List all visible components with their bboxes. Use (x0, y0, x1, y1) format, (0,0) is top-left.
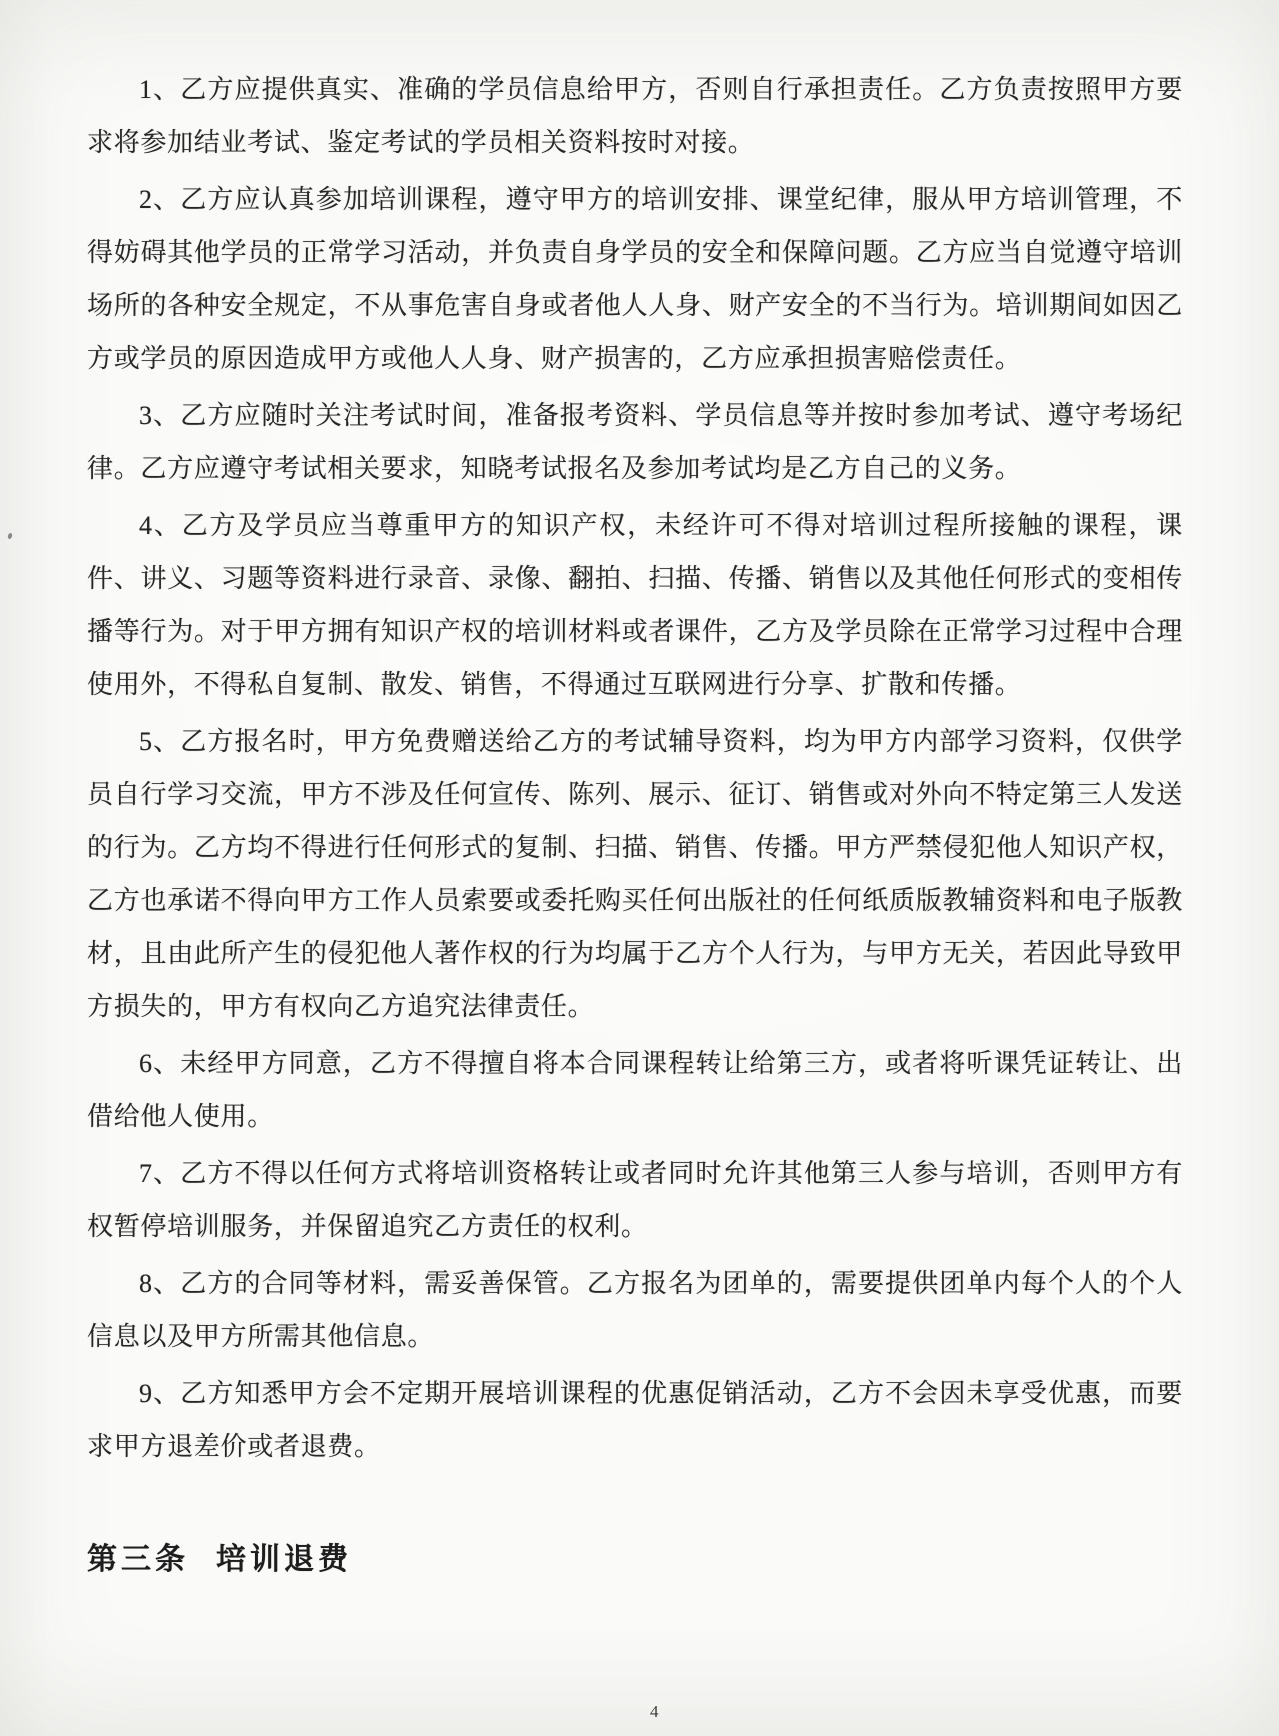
clause-paragraph-7: 7、乙方不得以任何方式将培训资格转让或者同时允许其他第三人参与培训，否则甲方有权… (87, 1147, 1183, 1253)
scanned-contract-page: 1、乙方应提供真实、准确的学员信息给甲方，否则自行承担责任。乙方负责按照甲方要求… (0, 0, 1279, 1736)
clause-paragraph-6: 6、未经甲方同意，乙方不得擅自将本合同课程转让给第三方，或者将听课凭证转让、出借… (87, 1037, 1183, 1143)
section-number: 第三条 (87, 1543, 189, 1576)
scan-artifact (7, 533, 13, 540)
clause-paragraph-2: 2、乙方应认真参加培训课程，遵守甲方的培训安排、课堂纪律，服从甲方培训管理，不得… (87, 173, 1183, 385)
clause-paragraph-8: 8、乙方的合同等材料，需妥善保管。乙方报名为团单的，需要提供团单内每个人的个人信… (87, 1257, 1183, 1363)
clause-paragraph-4: 4、乙方及学员应当尊重甲方的知识产权，未经许可不得对培训过程所接触的课程，课件、… (87, 499, 1183, 711)
clause-paragraph-5: 5、乙方报名时，甲方免费赠送给乙方的考试辅导资料，均为甲方内部学习资料，仅供学员… (87, 715, 1183, 1033)
clause-paragraph-9: 9、乙方知悉甲方会不定期开展培训课程的优惠促销活动，乙方不会因未享受优惠，而要求… (87, 1367, 1183, 1473)
contract-body: 1、乙方应提供真实、准确的学员信息给甲方，否则自行承担责任。乙方负责按照甲方要求… (87, 63, 1183, 1581)
section-heading: 第三条培训退费 (87, 1539, 1183, 1581)
clause-paragraph-3: 3、乙方应随时关注考试时间，准备报考资料、学员信息等并按时参加考试、遵守考场纪律… (87, 389, 1183, 495)
clause-paragraph-1: 1、乙方应提供真实、准确的学员信息给甲方，否则自行承担责任。乙方负责按照甲方要求… (87, 63, 1183, 169)
page-number: 4 (650, 1700, 659, 1724)
section-title: 培训退费 (216, 1543, 352, 1576)
